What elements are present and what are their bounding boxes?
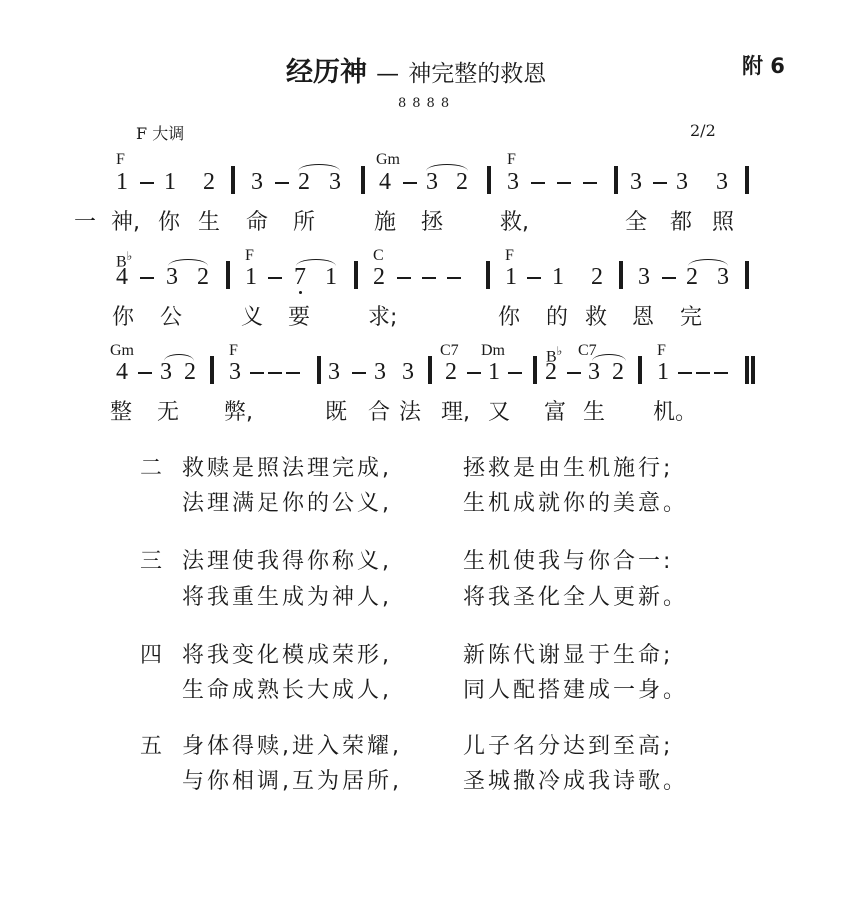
hold-dash — [268, 277, 282, 279]
hold-dash — [422, 277, 436, 279]
lyric: 神, — [111, 210, 140, 236]
note: 3 — [229, 360, 241, 384]
verse-line: 法理使我得你称义, — [182, 549, 392, 575]
chord: F — [505, 248, 514, 264]
note: 1 — [657, 360, 669, 384]
note: 3 — [160, 360, 172, 384]
verse-line: 新陈代谢显于生命; — [463, 643, 673, 669]
hold-dash — [140, 277, 154, 279]
note: 3 — [426, 170, 438, 194]
note: 2 — [591, 265, 603, 289]
barline — [487, 166, 491, 194]
hold-dash — [352, 372, 366, 374]
note: 1 — [116, 170, 128, 194]
verse-line: 儿子名分达到至高; — [463, 734, 673, 760]
chord: C — [373, 248, 384, 264]
verse-line: 将我变化模成荣形, — [182, 643, 392, 669]
lyric: 所 — [293, 210, 315, 236]
verse-line: 同人配搭建成一身。 — [463, 678, 688, 704]
lyric: 救, — [500, 210, 529, 236]
hold-dash — [286, 372, 300, 374]
meter: 8888 — [398, 96, 455, 111]
hold-dash — [557, 182, 571, 184]
hold-dash — [662, 277, 676, 279]
barline — [317, 356, 321, 384]
chord: F — [229, 343, 238, 359]
lyric: 施 — [374, 210, 396, 236]
verse-line: 法理满足你的公义, — [182, 491, 392, 517]
barline — [231, 166, 235, 194]
hold-dash — [508, 372, 522, 374]
lyric: 一 — [74, 210, 96, 236]
chord: C7 — [440, 343, 459, 359]
lyric: 生 — [198, 210, 220, 236]
lyric: 都 — [670, 210, 692, 236]
barline — [745, 261, 749, 289]
note: 2 — [612, 360, 624, 384]
lyric: 又 — [488, 400, 510, 426]
hold-dash — [678, 372, 692, 374]
note: 2 — [686, 265, 698, 289]
barline — [428, 356, 432, 384]
verse-line: 生机使我与你合一: — [463, 549, 673, 575]
hold-dash — [268, 372, 282, 374]
note: 4 — [379, 170, 391, 194]
hold-dash — [531, 182, 545, 184]
note: 3 — [166, 265, 178, 289]
title-subtitle: 神完整的救恩 — [408, 61, 546, 87]
title-main: 经历神 — [286, 57, 367, 88]
barline — [354, 261, 358, 289]
hold-dash — [250, 372, 264, 374]
verse-line: 将我重生成为神人, — [182, 585, 392, 611]
note: 1 — [552, 265, 564, 289]
chord: Dm — [481, 343, 505, 359]
appendix-label: 附 6 — [742, 50, 785, 80]
note: 2 — [445, 360, 457, 384]
note: 1 — [164, 170, 176, 194]
note: 3 — [638, 265, 650, 289]
note: 3 — [329, 170, 341, 194]
chord: F — [657, 343, 666, 359]
lyric: 整 — [110, 400, 132, 426]
hold-dash — [583, 182, 597, 184]
note: 4 — [116, 265, 128, 289]
chord: Gm — [376, 152, 400, 168]
note: 3 — [374, 360, 386, 384]
verse-line: 与你相调,互为居所, — [182, 769, 402, 795]
lyric: 义 — [241, 305, 263, 331]
note: 3 — [251, 170, 263, 194]
note: 2 — [545, 360, 557, 384]
note: 3 — [507, 170, 519, 194]
lyric: 法 — [399, 400, 421, 426]
barline — [486, 261, 490, 289]
hold-dash — [397, 277, 411, 279]
lyric: 照 — [712, 210, 734, 236]
lyric: 恩 — [632, 305, 654, 331]
barline — [619, 261, 623, 289]
lyric: 合 — [368, 400, 390, 426]
lyric: 理, — [441, 400, 470, 426]
verse-line: 拯救是由生机施行; — [463, 456, 673, 482]
verse-number: 二 — [140, 456, 165, 482]
lyric: 你 — [158, 210, 180, 236]
hold-dash — [567, 372, 581, 374]
verse-line: 将我圣化全人更新。 — [463, 585, 688, 611]
hold-dash — [653, 182, 667, 184]
lyric: 要 — [288, 305, 310, 331]
lyric: 生 — [583, 400, 605, 426]
note: 1 — [245, 265, 257, 289]
verse-number: 五 — [140, 734, 165, 760]
final-barline — [751, 356, 755, 384]
barline — [533, 356, 537, 384]
hold-dash — [714, 372, 728, 374]
barline — [210, 356, 214, 384]
note: 1 — [325, 265, 337, 289]
note: 2 — [203, 170, 215, 194]
chord: F — [116, 152, 125, 168]
note: 3 — [402, 360, 414, 384]
title-separator: — — [376, 61, 399, 87]
verse-number: 三 — [140, 549, 165, 575]
lyric: 的 — [546, 305, 568, 331]
lyric: 求; — [368, 305, 397, 331]
verse-line: 圣城撒冷成我诗歌。 — [463, 769, 688, 795]
lyric: 你 — [498, 305, 520, 331]
note: 3 — [630, 170, 642, 194]
lyric: 拯 — [421, 210, 443, 236]
note: 2 — [456, 170, 468, 194]
lyric: 完 — [680, 305, 702, 331]
chord: Gm — [110, 343, 134, 359]
note: 4 — [116, 360, 128, 384]
chord: F — [507, 152, 516, 168]
note: 1 — [505, 265, 517, 289]
hold-dash — [138, 372, 152, 374]
low-octave-dot — [299, 291, 302, 294]
hold-dash — [447, 277, 461, 279]
note: 2 — [184, 360, 196, 384]
note: 1 — [488, 360, 500, 384]
note: 2 — [197, 265, 209, 289]
flat-icon: ♭ — [127, 249, 133, 263]
flat-icon: ♭ — [557, 344, 563, 358]
barline — [226, 261, 230, 289]
barline — [614, 166, 618, 194]
hold-dash — [527, 277, 541, 279]
note: 3 — [716, 170, 728, 194]
lyric: 救 — [585, 305, 607, 331]
barline — [745, 166, 749, 194]
lyric: 富 — [544, 400, 566, 426]
note: 3 — [676, 170, 688, 194]
lyric: 机。 — [653, 400, 697, 426]
lyric: 公 — [160, 305, 182, 331]
verse-line: 生命成熟长大成人, — [182, 678, 392, 704]
lyric: 无 — [157, 400, 179, 426]
lyric: 命 — [246, 210, 268, 236]
verse-line: 身体得赎,进入荣耀, — [182, 734, 402, 760]
hold-dash — [403, 182, 417, 184]
time-signature: 2/2 — [690, 121, 716, 140]
lyric: 你 — [112, 305, 134, 331]
barline — [361, 166, 365, 194]
lyric: 全 — [625, 210, 647, 236]
hold-dash — [140, 182, 154, 184]
note: 2 — [298, 170, 310, 194]
note: 3 — [328, 360, 340, 384]
note: 3 — [588, 360, 600, 384]
verse-number: 四 — [140, 643, 165, 669]
verse-line: 生机成就你的美意。 — [463, 491, 688, 517]
lyric: 弊, — [224, 400, 253, 426]
note: 2 — [373, 265, 385, 289]
note: 3 — [717, 265, 729, 289]
hold-dash — [467, 372, 481, 374]
hymn-title: 经历神 — 神完整的救恩 — [286, 50, 546, 89]
hold-dash — [696, 372, 710, 374]
note: 7 — [294, 265, 306, 289]
verse-line: 救赎是照法理完成, — [182, 456, 392, 482]
key-signature: F 大调 — [136, 121, 184, 144]
final-barline — [745, 356, 749, 384]
lyric: 既 — [325, 400, 347, 426]
hold-dash — [275, 182, 289, 184]
barline — [638, 356, 642, 384]
chord: F — [245, 248, 254, 264]
